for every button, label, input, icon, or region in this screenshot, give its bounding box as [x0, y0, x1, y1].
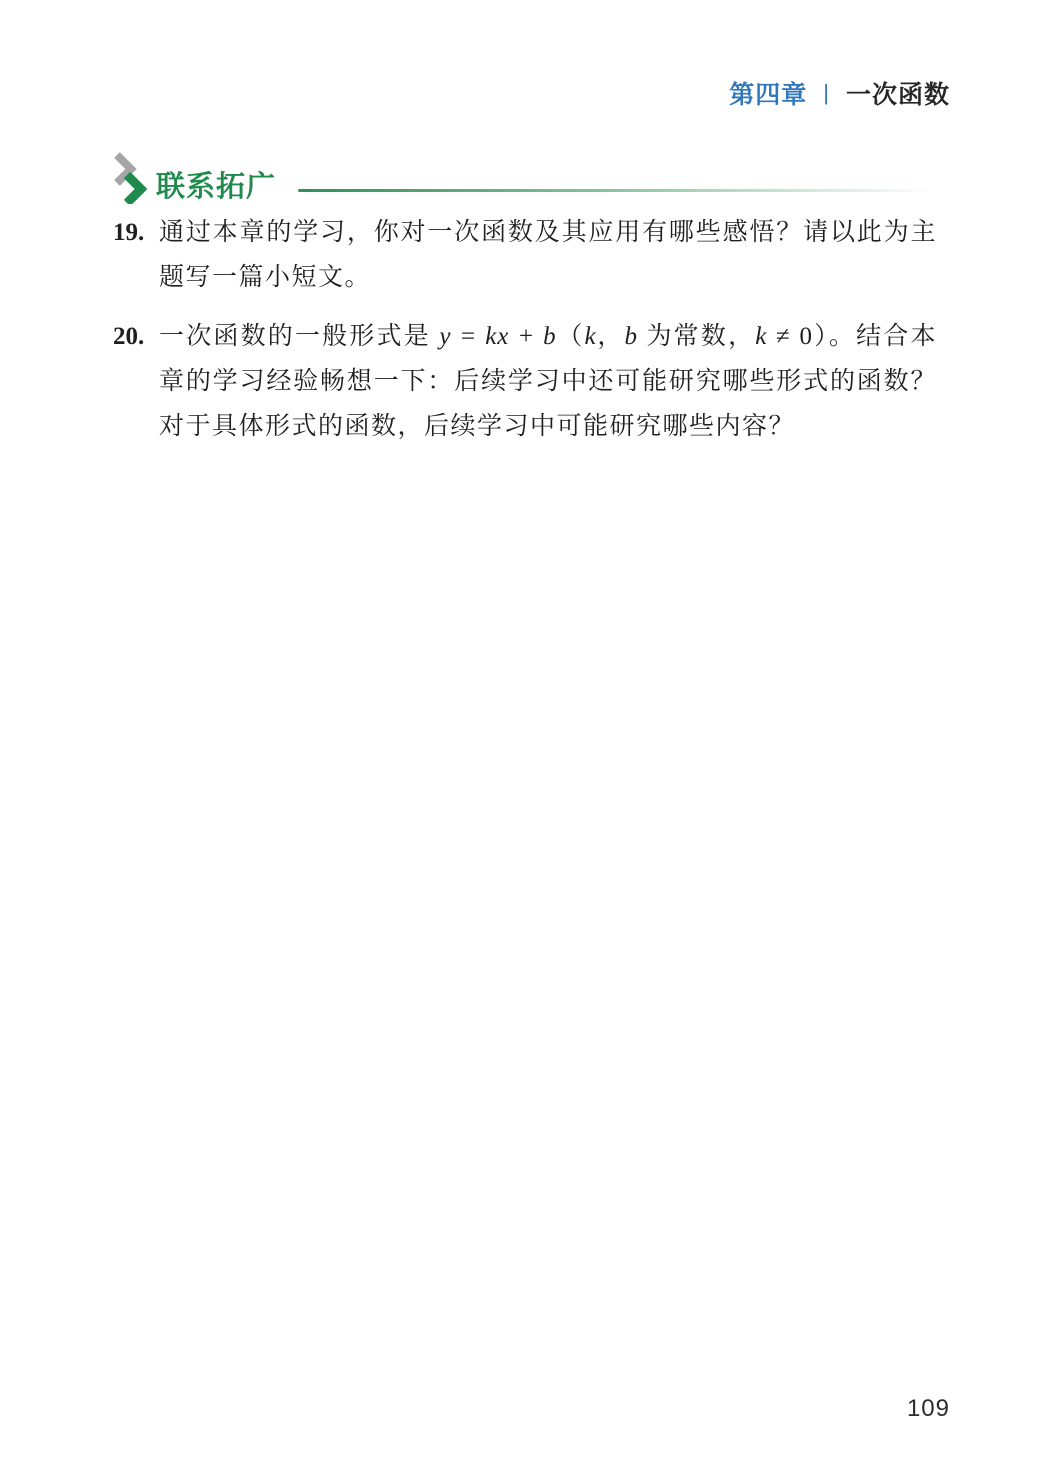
textbook-page: 第四章 | 一次函数 联系拓广 19.通过本章的学习，你对一次函数及其应用有哪些… [0, 0, 1047, 1478]
problem-text: 通过本章的学习，你对一次函数及其应用有哪些感悟？请以此为主题写一篇小短文。 [159, 210, 937, 300]
text-segment: 一次函数的一般形式是 [159, 323, 439, 350]
section-title: 联系拓广 [156, 173, 276, 204]
math-expression: y = kx + b [439, 323, 556, 350]
problem-number: 19. [113, 210, 159, 255]
text-segment: 通过本章的学习，你对一次函数及其应用有哪些感悟？请以此为主题写一篇小短文。 [159, 219, 937, 291]
page-number: 109 [907, 1395, 950, 1423]
chapter-label: 第四章 [729, 75, 807, 111]
text-segment: ， [597, 323, 625, 350]
problem-item: 19.通过本章的学习，你对一次函数及其应用有哪些感悟？请以此为主题写一篇小短文。 [113, 210, 937, 300]
header-separator: | [823, 80, 830, 106]
section-rule [298, 189, 935, 192]
double-chevron-icon [110, 148, 156, 204]
problem-item: 20.一次函数的一般形式是 y = kx + b（k，b 为常数，k ≠ 0）。… [113, 314, 937, 449]
math-expression: k [755, 323, 767, 350]
running-header: 第四章 | 一次函数 [729, 75, 950, 111]
text-segment: 为常数， [638, 323, 755, 350]
problems-list: 19.通过本章的学习，你对一次函数及其应用有哪些感悟？请以此为主题写一篇小短文。… [113, 210, 937, 463]
text-segment: （ [557, 323, 585, 350]
math-expression: b [625, 323, 639, 350]
chevron-icon-svg [110, 148, 156, 204]
text-segment: ≠ 0）。 [767, 323, 856, 350]
math-expression: k [585, 323, 597, 350]
problem-number: 20. [113, 314, 159, 359]
section-header: 联系拓广 [110, 148, 935, 204]
problem-text: 一次函数的一般形式是 y = kx + b（k，b 为常数，k ≠ 0）。结合本… [159, 314, 937, 449]
chapter-title: 一次函数 [846, 75, 950, 111]
